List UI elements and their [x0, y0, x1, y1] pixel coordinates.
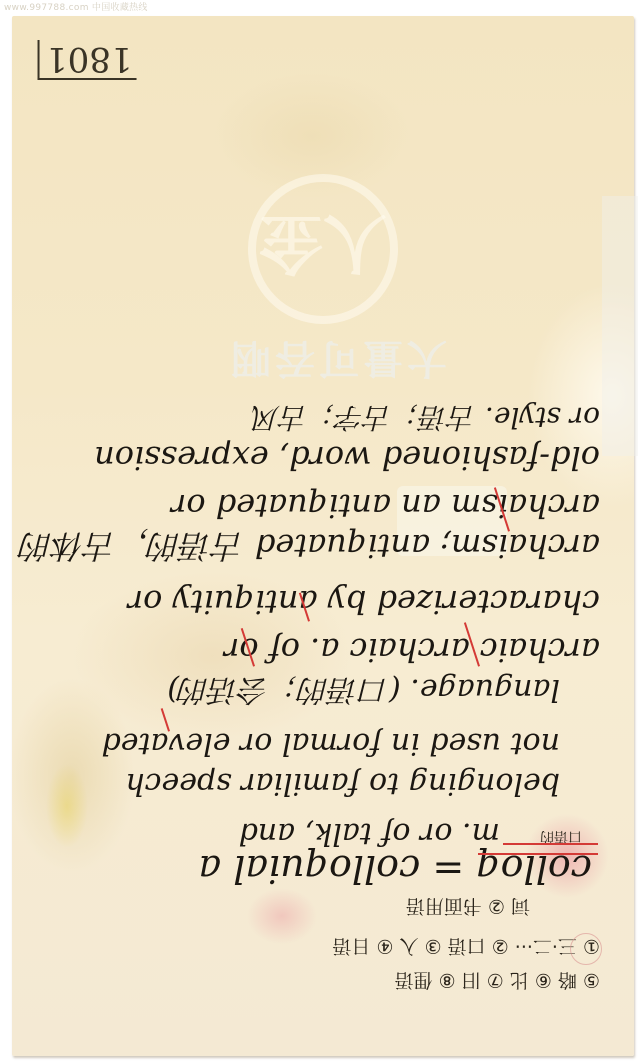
entry-line: archaism; antiquated 古语的，古体的 [21, 525, 600, 571]
definition-line: belonging to familiar speech [125, 766, 560, 801]
definition-line: m. or of talk, and [239, 816, 500, 851]
annotation-line: ⑤ 略 ⑥ 比 ⑦ 旧 ⑧ 俚语 [395, 968, 600, 995]
entry-line: archaic archaic a. of or [224, 631, 600, 669]
manuscript-text: ⑤ 略 ⑥ 比 ⑦ 旧 ⑧ 俚语 ① 三·二··· ② 口语 ③ 入 ④ 日语 … [0, 0, 640, 1061]
definition-line: language. (口语的；会话的) [167, 671, 560, 715]
definition-line: not used in formal or elevated [102, 726, 561, 761]
red-strike-line [503, 843, 598, 845]
entry-line: characterized by antiquity or [128, 583, 600, 621]
entry-line: old-fashioned word, expression [94, 439, 600, 477]
annotation-line: 词 ② 书面用语 [406, 894, 530, 921]
annotation-line: ① 三·二··· ② 口语 ③ 入 ④ 日语 [332, 934, 600, 961]
entry-line: or style. 古语；古字；古风 [252, 399, 600, 439]
entry-line: archaism an antiquated or [171, 487, 600, 525]
red-strike-line [478, 853, 598, 855]
marginal-circle-mark [570, 933, 602, 965]
